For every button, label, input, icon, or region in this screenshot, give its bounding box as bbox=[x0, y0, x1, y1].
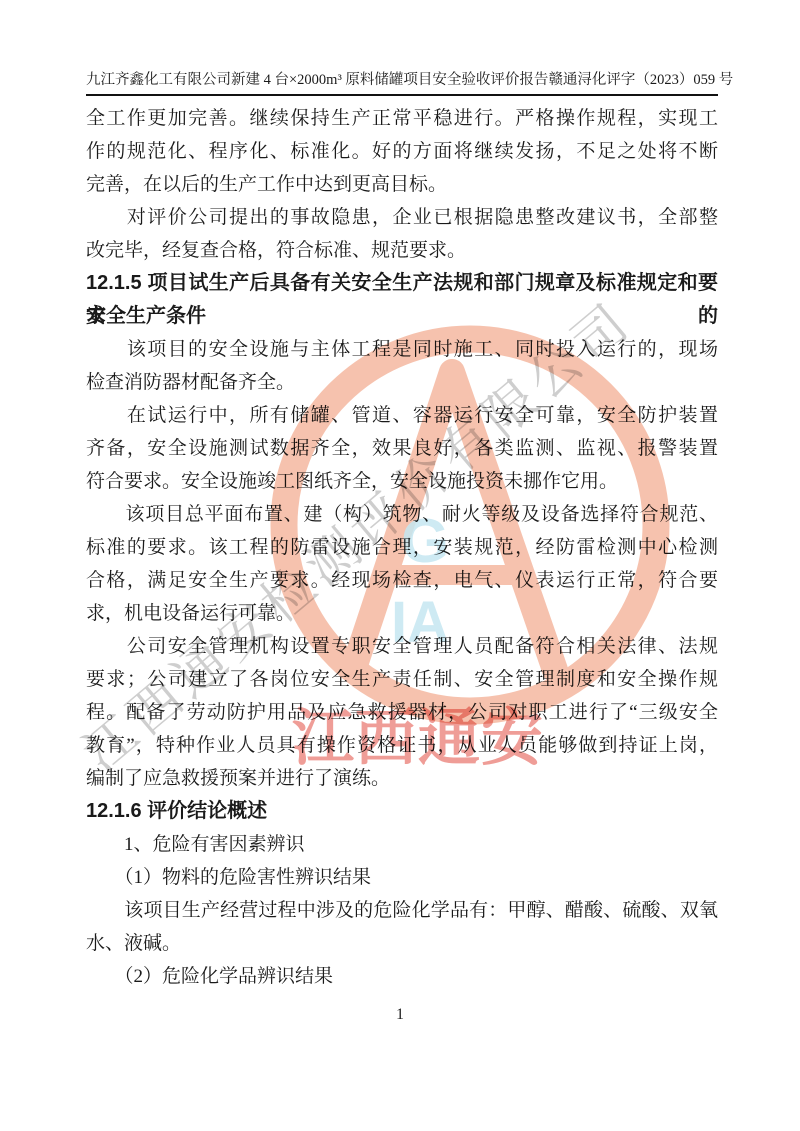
paragraph: 该项目的安全设施与主体工程是同时施工、同时投入运行的，现场 检查消防器材配备齐全… bbox=[86, 333, 718, 399]
text-line: 求，机电设备运行可靠。 bbox=[86, 597, 718, 630]
heading-line: 12.1.5 项目试生产后具备有关安全生产法规和部门规章及标准规定和要求的 bbox=[86, 267, 718, 300]
paragraph: 该项目总平面布置、建（构）筑物、耐火等级及设备选择符合规范、 标准的要求。该工程… bbox=[86, 498, 718, 630]
text-line: 在试运行中，所有储罐、管道、容器运行安全可靠，安全防护装置 bbox=[86, 399, 718, 432]
text-line: 符合要求。安全设施竣工图纸齐全，安全设施投资未挪作它用。 bbox=[86, 465, 718, 498]
header-report-title: 九江齐鑫化工有限公司新建 4 台×2000m³ 原料储罐项目安全验收评价报告 bbox=[86, 70, 548, 90]
text-line: 该项目总平面布置、建（构）筑物、耐火等级及设备选择符合规范、 bbox=[86, 498, 718, 531]
text-line: 改完毕，经复查合格，符合标准、规范要求。 bbox=[86, 234, 718, 267]
paragraph: 公司安全管理机构设置专职安全管理人员配备符合相关法律、法规 要求；公司建立了各岗… bbox=[86, 630, 718, 795]
text-line: 1、危险有害因素辨识 bbox=[86, 828, 718, 861]
text-line: 对评价公司提出的事故隐患，企业已根据隐患整改建议书，全部整 bbox=[86, 201, 718, 234]
text-line: 程。配备了劳动防护用品及应急救援器材，公司对职工进行了“三级安全 bbox=[86, 696, 718, 729]
heading-line: 12.1.6 评价结论概述 bbox=[86, 795, 718, 828]
document-body: 全工作更加完善。继续保持生产正常平稳进行。严格操作规程，实现工 作的规范化、程序… bbox=[86, 96, 718, 993]
text-line: （1）物料的危险害性辨识结果 bbox=[86, 861, 718, 894]
text-line: 全工作更加完善。继续保持生产正常平稳进行。严格操作规程，实现工 bbox=[86, 102, 718, 135]
text-line: （2）危险化学品辨识结果 bbox=[86, 960, 718, 993]
text-line: 公司安全管理机构设置专职安全管理人员配备符合相关法律、法规 bbox=[86, 630, 718, 663]
paragraph: （2）危险化学品辨识结果 bbox=[86, 960, 718, 993]
paragraph: 1、危险有害因素辨识 bbox=[86, 828, 718, 861]
text-line: 完善，在以后的生产工作中达到更高目标。 bbox=[86, 168, 718, 201]
document-page: 九江齐鑫化工有限公司新建 4 台×2000m³ 原料储罐项目安全验收评价报告 赣… bbox=[0, 0, 800, 1131]
page-header: 九江齐鑫化工有限公司新建 4 台×2000m³ 原料储罐项目安全验收评价报告 赣… bbox=[86, 70, 718, 96]
text-line: 齐备，安全设施测试数据齐全，效果良好，各类监测、监视、报警装置 bbox=[86, 432, 718, 465]
text-line: 该项目的安全设施与主体工程是同时施工、同时投入运行的，现场 bbox=[86, 333, 718, 366]
paragraph: 该项目生产经营过程中涉及的危险化学品有：甲醇、醋酸、硫酸、双氧 水、液碱。 bbox=[86, 894, 718, 960]
text-line: 检查消防器材配备齐全。 bbox=[86, 366, 718, 399]
paragraph: （1）物料的危险害性辨识结果 bbox=[86, 861, 718, 894]
header-doc-number: 赣通浔化评字（2023）059 号 bbox=[548, 70, 733, 90]
paragraph: 在试运行中，所有储罐、管道、容器运行安全可靠，安全防护装置 齐备，安全设施测试数… bbox=[86, 399, 718, 498]
paragraph: 全工作更加完善。继续保持生产正常平稳进行。严格操作规程，实现工 作的规范化、程序… bbox=[86, 102, 718, 201]
section-heading-12-1-5: 12.1.5 项目试生产后具备有关安全生产法规和部门规章及标准规定和要求的 安全… bbox=[86, 267, 718, 333]
text-line: 作的规范化、程序化、标准化。好的方面将继续发扬，不足之处将不断 bbox=[86, 135, 718, 168]
text-line: 该项目生产经营过程中涉及的危险化学品有：甲醇、醋酸、硫酸、双氧 bbox=[86, 894, 718, 927]
text-line: 要求；公司建立了各岗位安全生产责任制、安全管理制度和安全操作规 bbox=[86, 663, 718, 696]
section-heading-12-1-6: 12.1.6 评价结论概述 bbox=[86, 795, 718, 828]
page-number: 1 bbox=[0, 1006, 800, 1024]
text-line: 合格，满足安全生产要求。经现场检查，电气、仪表运行正常，符合要 bbox=[86, 564, 718, 597]
text-line: 教育”，特种作业人员具有操作资格证书，从业人员能够做到持证上岗， bbox=[86, 729, 718, 762]
text-line: 标准的要求。该工程的防雷设施合理，安装规范，经防雷检测中心检测 bbox=[86, 531, 718, 564]
text-line: 水、液碱。 bbox=[86, 927, 718, 960]
paragraph: 对评价公司提出的事故隐患，企业已根据隐患整改建议书，全部整 改完毕，经复查合格，… bbox=[86, 201, 718, 267]
text-line: 编制了应急救援预案并进行了演练。 bbox=[86, 762, 718, 795]
